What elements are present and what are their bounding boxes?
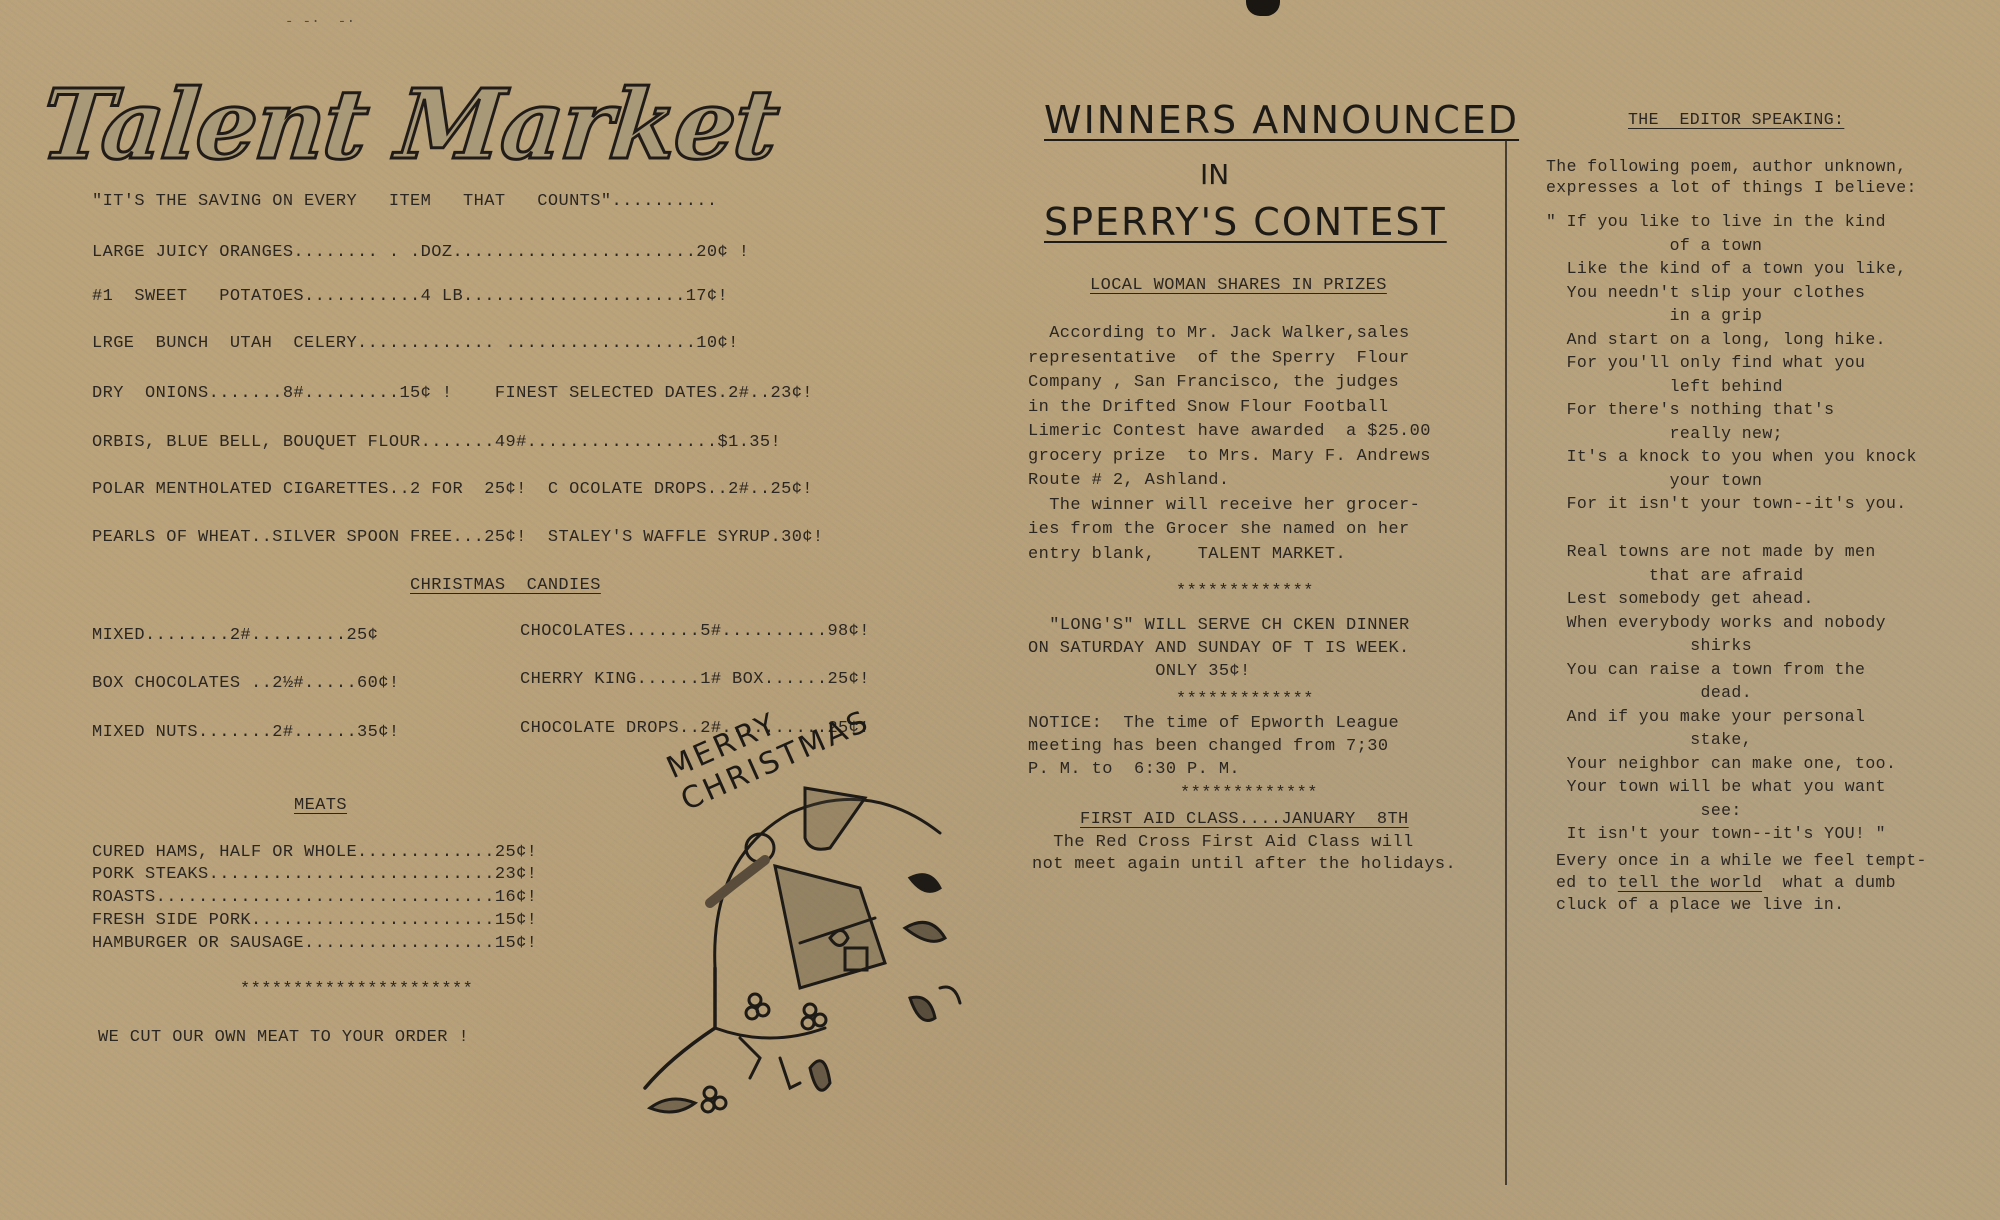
candies-heading: CHRISTMAS CANDIES	[410, 576, 601, 595]
meat-item: CURED HAMS, HALF OR WHOLE.............25…	[92, 842, 537, 864]
grocery-item: LARGE JUICY ORANGES........ . .DOZ......…	[92, 243, 749, 262]
grocery-item: ORBIS, BLUE BELL, BOUQUET FLOUR.......49…	[92, 433, 781, 452]
star-divider: **********************	[240, 980, 473, 999]
candy-item: CHOCOLATES.......5#..........98¢!	[520, 622, 870, 641]
star-divider: *************	[1180, 784, 1318, 803]
grocery-item: PEARLS OF WHEAT..SILVER SPOON FREE...25¢…	[92, 528, 824, 547]
subhead: LOCAL WOMAN SHARES IN PRIZES	[1090, 276, 1387, 295]
candy-item: MIXED........2#.........25¢	[92, 626, 378, 645]
poem-stanza-2: Real towns are not made by men that are …	[1546, 540, 1896, 846]
slogan: "IT'S THE SAVING ON EVERY ITEM THAT COUN…	[92, 192, 718, 211]
headline-winners: WINNERS ANNOUNCED	[1044, 98, 1519, 142]
editor-intro: The following poem, author unknown, expr…	[1546, 156, 1917, 198]
grocery-item: LRGE BUNCH UTAH CELERY............. ....…	[92, 334, 739, 353]
tell-the-world-underline: tell the world	[1618, 873, 1762, 892]
editor-closing: Every once in a while we feel tempt- ed …	[1556, 850, 1927, 916]
meat-item: HAMBURGER OR SAUSAGE..................15…	[92, 934, 537, 953]
headline-contest: SPERRY'S CONTEST	[1044, 200, 1447, 244]
ink-blot	[1246, 0, 1280, 16]
epworth-notice: NOTICE: The time of Epworth League meeti…	[1028, 712, 1399, 781]
column-divider	[1505, 140, 1507, 1185]
first-aid-body: The Red Cross First Aid Class will not m…	[1032, 832, 1456, 876]
grocery-item: DRY ONIONS.......8#.........15¢ ! FINEST…	[92, 384, 813, 403]
masthead-title: Talent Market	[36, 68, 782, 181]
candy-item: MIXED NUTS.......2#......35¢!	[92, 723, 399, 742]
meat-item: FRESH SIDE PORK.......................15…	[92, 911, 537, 930]
editor-heading: THE EDITOR SPEAKING:	[1628, 110, 1844, 129]
headline-in: IN	[1200, 158, 1229, 191]
stray-marks: - -· -·	[285, 14, 355, 30]
grocery-item: #1 SWEET POTATOES...........4 LB........…	[92, 287, 728, 306]
grocery-item: POLAR MENTHOLATED CIGARETTES..2 FOR 25¢!…	[92, 480, 813, 499]
meat-item: PORK STEAKS...........................23…	[92, 865, 537, 884]
longs-dinner-notice: "LONG'S" WILL SERVE CH CKEN DINNER ON SA…	[1028, 614, 1410, 683]
meat-item: ROASTS................................16…	[92, 888, 537, 907]
contest-article: According to Mr. Jack Walker,sales repre…	[1028, 322, 1431, 567]
christmas-lantern-holly-icon: MERRY CHRISTMAS	[630, 738, 990, 1138]
candy-item: BOX CHOCOLATES ..2½#.....60¢!	[92, 674, 399, 693]
poem-stanza-1: " If you like to live in the kind of a t…	[1546, 210, 1917, 516]
closing-line: WE CUT OUR OWN MEAT TO YOUR ORDER !	[98, 1028, 469, 1047]
star-divider: *************	[1176, 582, 1314, 601]
first-aid-heading: FIRST AID CLASS....JANUARY 8TH	[1080, 810, 1409, 829]
meats-heading: MEATS	[294, 796, 347, 815]
star-divider: *************	[1176, 690, 1314, 709]
